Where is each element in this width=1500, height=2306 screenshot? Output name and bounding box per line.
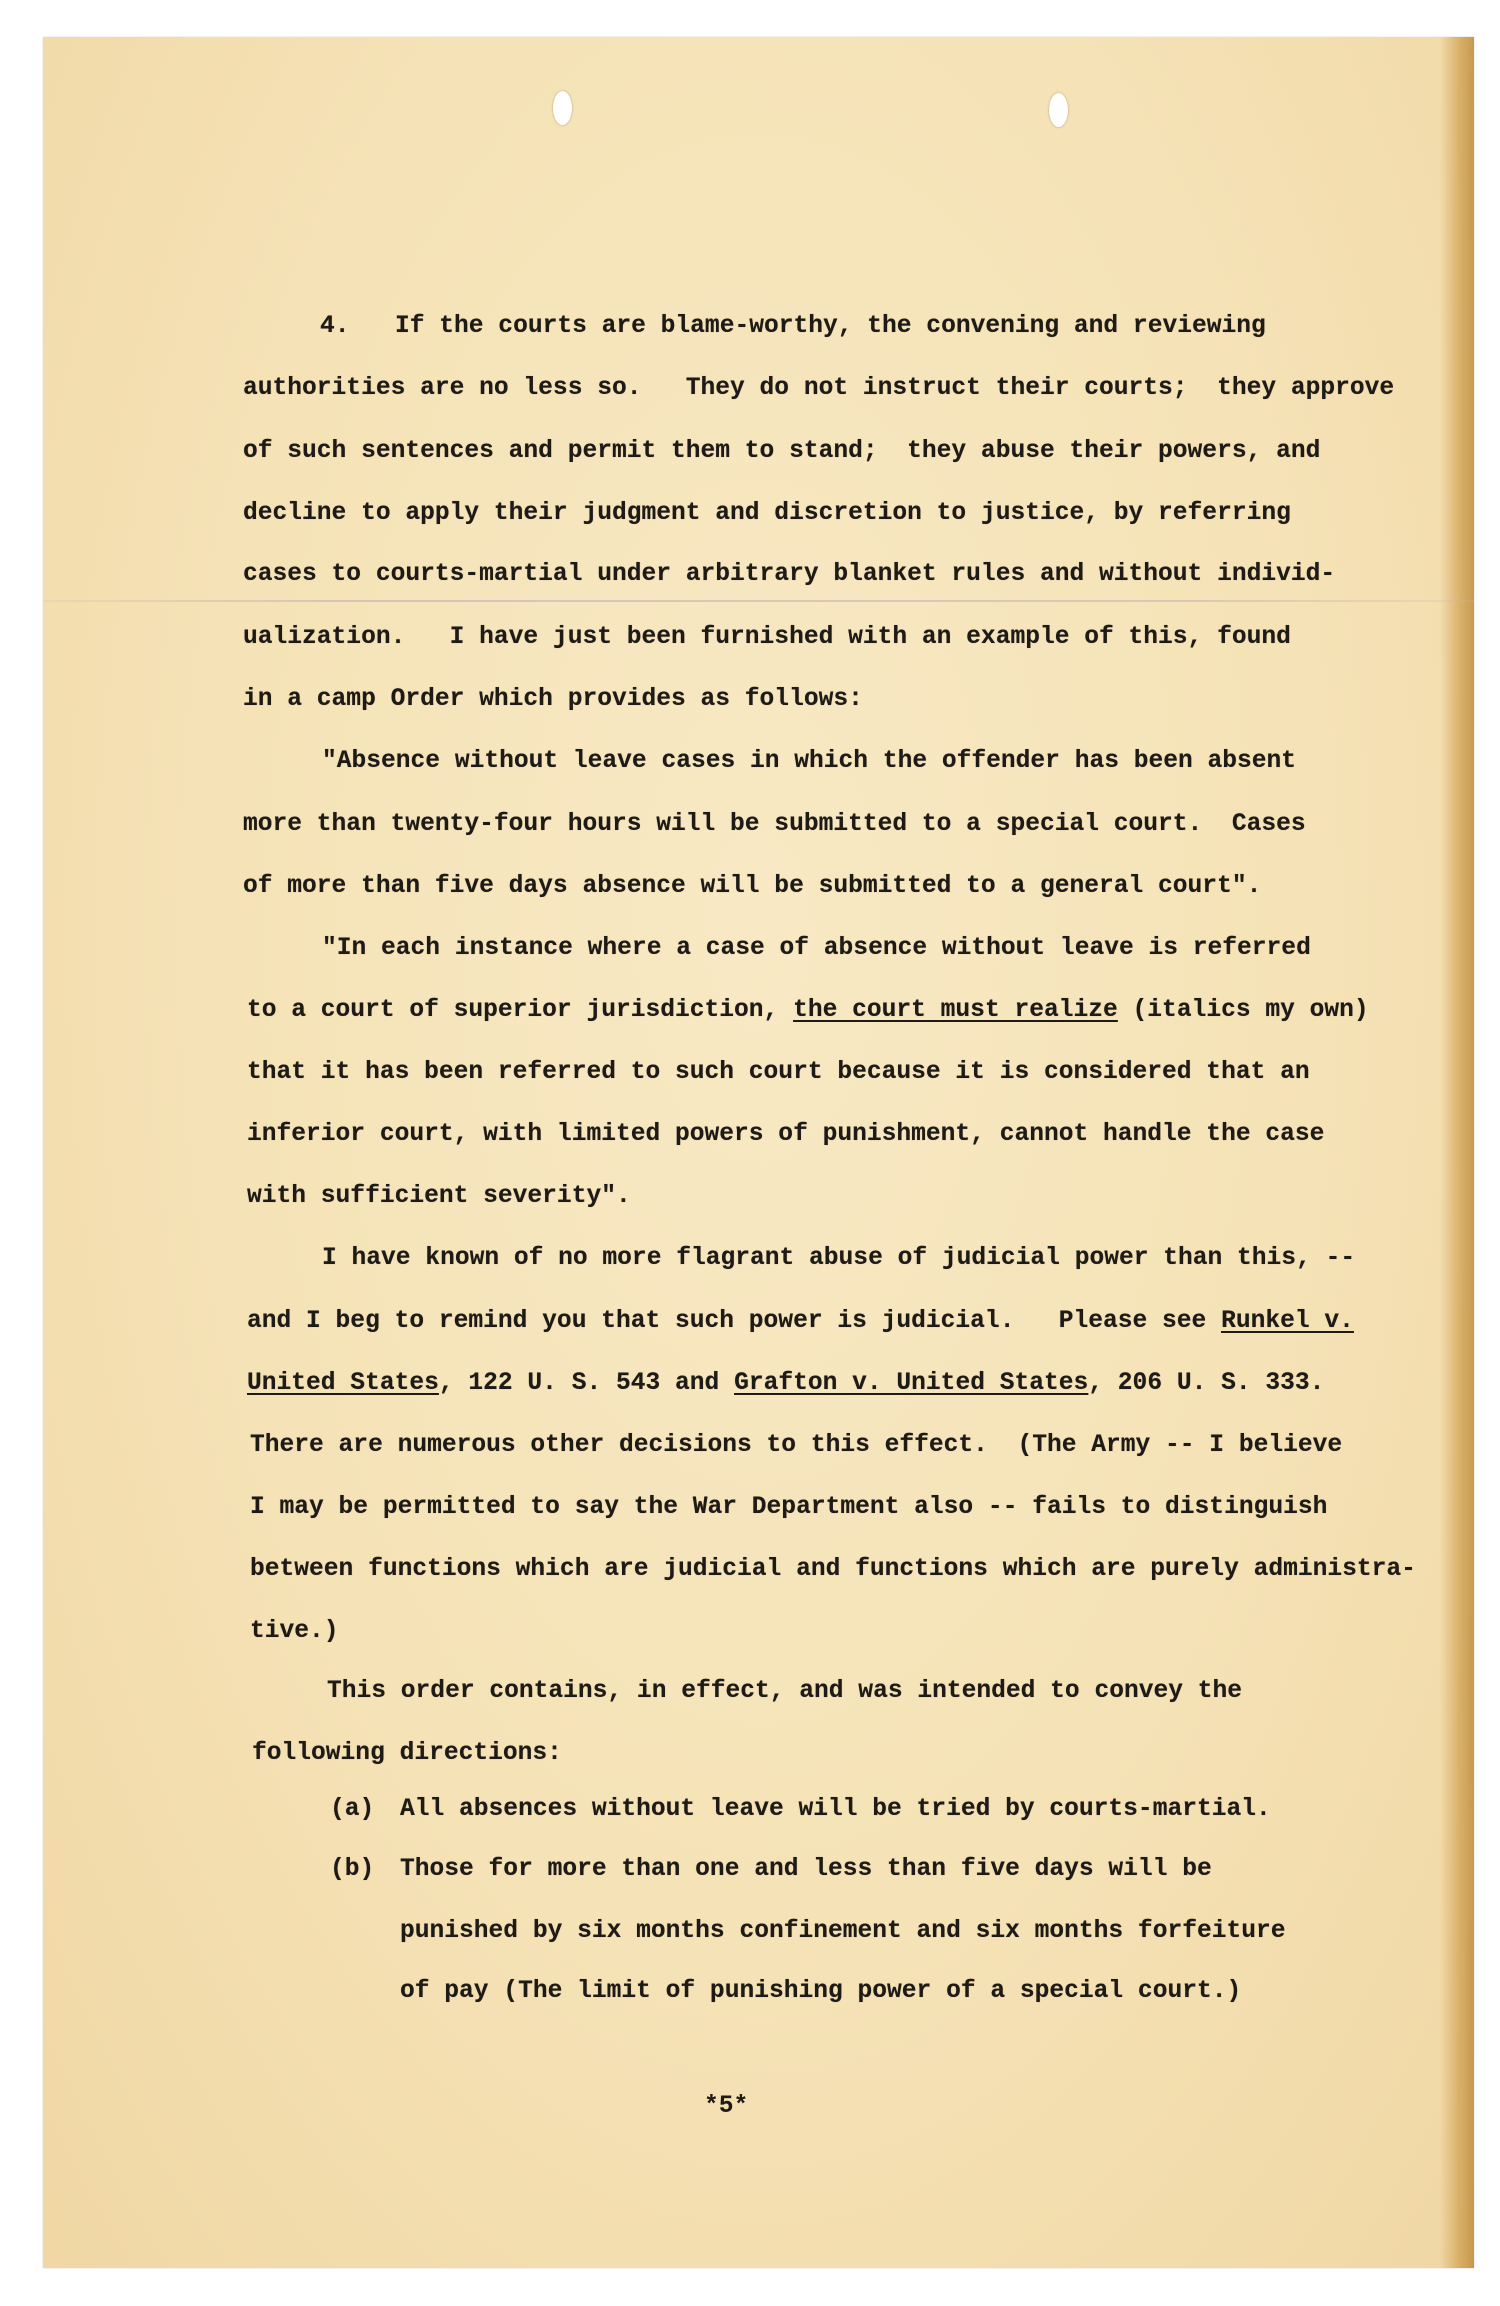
- quote-line: to a court of superior jurisdiction, the…: [247, 996, 1369, 1026]
- text-line: I may be permitted to say the War Depart…: [250, 1493, 1327, 1523]
- quote-line: more than twenty-four hours will be subm…: [243, 810, 1306, 840]
- list-label: (a): [330, 1795, 374, 1825]
- underlined-emphasis: the court must realize: [793, 997, 1118, 1024]
- case-citation-runkel-cont: United States: [247, 1370, 439, 1397]
- text-segment: , 206 U. S. 333.: [1088, 1370, 1324, 1397]
- text-line: ualization. I have just been furnished w…: [243, 623, 1291, 653]
- paragraph-number: 4.: [320, 312, 350, 342]
- list-text: All absences without leave will be tried…: [400, 1795, 1271, 1825]
- list-text: of pay (The limit of punishing power of …: [400, 1977, 1241, 2007]
- quote-line: that it has been referred to such court …: [247, 1058, 1310, 1088]
- quote-line: with sufficient severity".: [247, 1182, 631, 1212]
- text-line: There are numerous other decisions to th…: [250, 1431, 1342, 1461]
- list-label: (b): [330, 1855, 374, 1885]
- case-citation-runkel: Runkel v.: [1221, 1308, 1354, 1335]
- text-line: tive.): [250, 1617, 339, 1647]
- page-number: *5*: [704, 2092, 748, 2122]
- text-line: between functions which are judicial and…: [250, 1555, 1416, 1585]
- text-line: following directions:: [252, 1739, 562, 1769]
- text-segment: , 122 U. S. 543 and: [439, 1370, 734, 1397]
- case-citation-grafton: Grafton v. United States: [734, 1370, 1088, 1397]
- list-text: punished by six months confinement and s…: [400, 1917, 1286, 1947]
- text-line: authorities are no less so. They do not …: [243, 374, 1394, 404]
- text-line: I have known of no more flagrant abuse o…: [322, 1244, 1355, 1274]
- text-line: decline to apply their judgment and disc…: [243, 499, 1291, 529]
- text-line: and I beg to remind you that such power …: [247, 1307, 1354, 1337]
- quote-text: (italics my own): [1118, 997, 1369, 1024]
- quote-line: of more than five days absence will be s…: [243, 872, 1261, 902]
- text-line: This order contains, in effect, and was …: [327, 1677, 1242, 1707]
- quote-line: inferior court, with limited powers of p…: [247, 1120, 1324, 1150]
- text-line: If the courts are blame-worthy, the conv…: [395, 312, 1266, 342]
- text-line: of such sentences and permit them to sta…: [243, 437, 1320, 467]
- punch-hole-left: [553, 91, 572, 125]
- text-line: in a camp Order which provides as follow…: [243, 685, 863, 715]
- list-text: Those for more than one and less than fi…: [400, 1855, 1212, 1885]
- paper-fold-line: [43, 600, 1474, 602]
- quote-text: to a court of superior jurisdiction,: [247, 997, 793, 1024]
- quote-line: "In each instance where a case of absenc…: [322, 934, 1311, 964]
- text-line: cases to courts-martial under arbitrary …: [243, 560, 1335, 590]
- quote-line: "Absence without leave cases in which th…: [322, 747, 1296, 777]
- punch-hole-right: [1049, 93, 1068, 127]
- text-line: United States, 122 U. S. 543 and Grafton…: [247, 1369, 1324, 1399]
- text-segment: and I beg to remind you that such power …: [247, 1308, 1221, 1335]
